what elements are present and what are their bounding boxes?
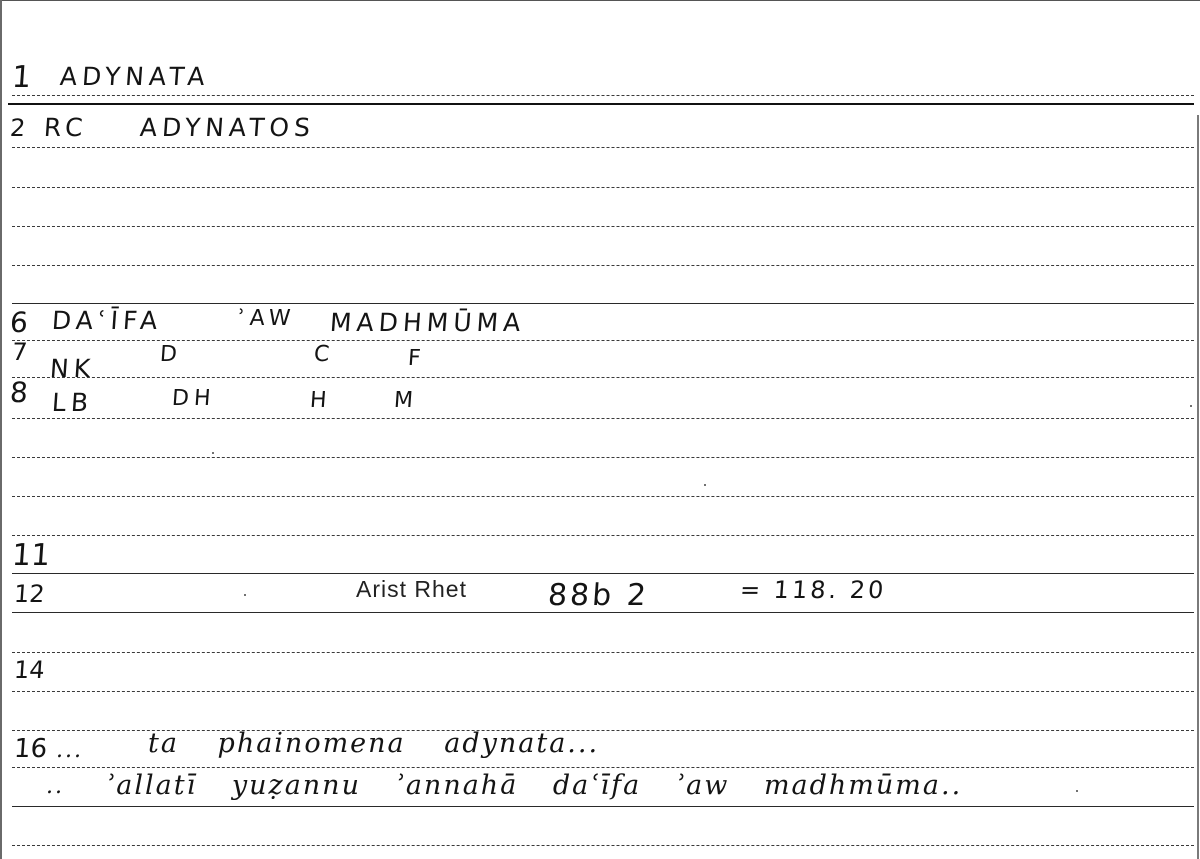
- variant-mark-m: M: [393, 388, 419, 413]
- greek-quotation: ta phainomena adynata...: [148, 728, 599, 759]
- ruled-line: [12, 496, 1194, 497]
- ruled-line: [12, 806, 1194, 807]
- card-edge-left: [0, 0, 2, 859]
- arabic-word-madhmuma: MADHMŪMA: [329, 308, 526, 337]
- index-card: 1 ADYNATA 2 RC ADYNATOS 6 DAʿĪFA ʾAW MAD…: [0, 0, 1200, 859]
- reference-equivalent: = 118. 20: [739, 576, 887, 604]
- ruled-line: [12, 95, 1194, 96]
- card-edge-right: [1197, 115, 1199, 859]
- ruled-line: [12, 147, 1194, 148]
- scan-speck: [704, 484, 706, 486]
- source-label-lb: LB: [51, 388, 94, 417]
- line-number-8: 8: [9, 376, 29, 409]
- ruled-line: [12, 691, 1194, 692]
- ruled-line: [12, 340, 1194, 341]
- header-divider: [8, 103, 1194, 105]
- variant-mark-c: C: [313, 342, 335, 367]
- ruled-line: [12, 226, 1194, 227]
- ruled-line: [12, 187, 1194, 188]
- scan-speck: [1190, 405, 1192, 407]
- arabic-ellipsis-start: ..: [46, 774, 64, 799]
- line-number-1: 1: [11, 60, 33, 95]
- quote-ellipsis-start: ...: [56, 738, 83, 763]
- greek-lemma: ADYNATOS: [139, 113, 316, 142]
- arabic-word-daifa: DAʿĪFA: [51, 306, 163, 335]
- ruled-line: [12, 303, 1194, 304]
- ruled-line: [12, 535, 1194, 536]
- line-number-14: 14: [13, 656, 46, 684]
- ruled-line: [12, 418, 1194, 419]
- scan-speck: [1076, 790, 1078, 792]
- reference-location: 88b 2: [547, 578, 650, 613]
- card-edge-top: [0, 0, 1200, 1]
- line-number-6: 6: [9, 306, 29, 339]
- line-number-12: 12: [13, 580, 46, 608]
- line-number-7: 7: [11, 338, 28, 366]
- variant-mark-dh: DH: [171, 386, 216, 411]
- scan-speck: [212, 452, 214, 454]
- ruled-line: [12, 457, 1194, 458]
- source-label-rc: RC: [43, 113, 89, 142]
- reference-source: Arist Rhet: [356, 576, 467, 603]
- variant-mark-f: F: [407, 346, 426, 371]
- headword: ADYNATA: [59, 62, 211, 91]
- ruled-line: [12, 845, 1194, 846]
- ruled-line: [12, 573, 1194, 574]
- line-number-2: 2: [9, 114, 26, 142]
- line-number-11: 11: [11, 538, 52, 573]
- ruled-line: [12, 377, 1194, 378]
- ruled-line: [12, 265, 1194, 266]
- scan-speck: [244, 594, 246, 596]
- variant-mark-d: D: [159, 342, 183, 367]
- line-number-16: 16: [13, 734, 48, 764]
- variant-mark-h: H: [309, 388, 332, 413]
- ruled-line: [12, 652, 1194, 653]
- source-label-nk: NK: [49, 354, 96, 383]
- arabic-word-aw: ʾAW: [237, 306, 296, 331]
- ruled-line: [12, 767, 1194, 768]
- arabic-quotation: ʾallatī yuẓannu ʾannahā daʿīfa ʾaw madhm…: [106, 770, 962, 801]
